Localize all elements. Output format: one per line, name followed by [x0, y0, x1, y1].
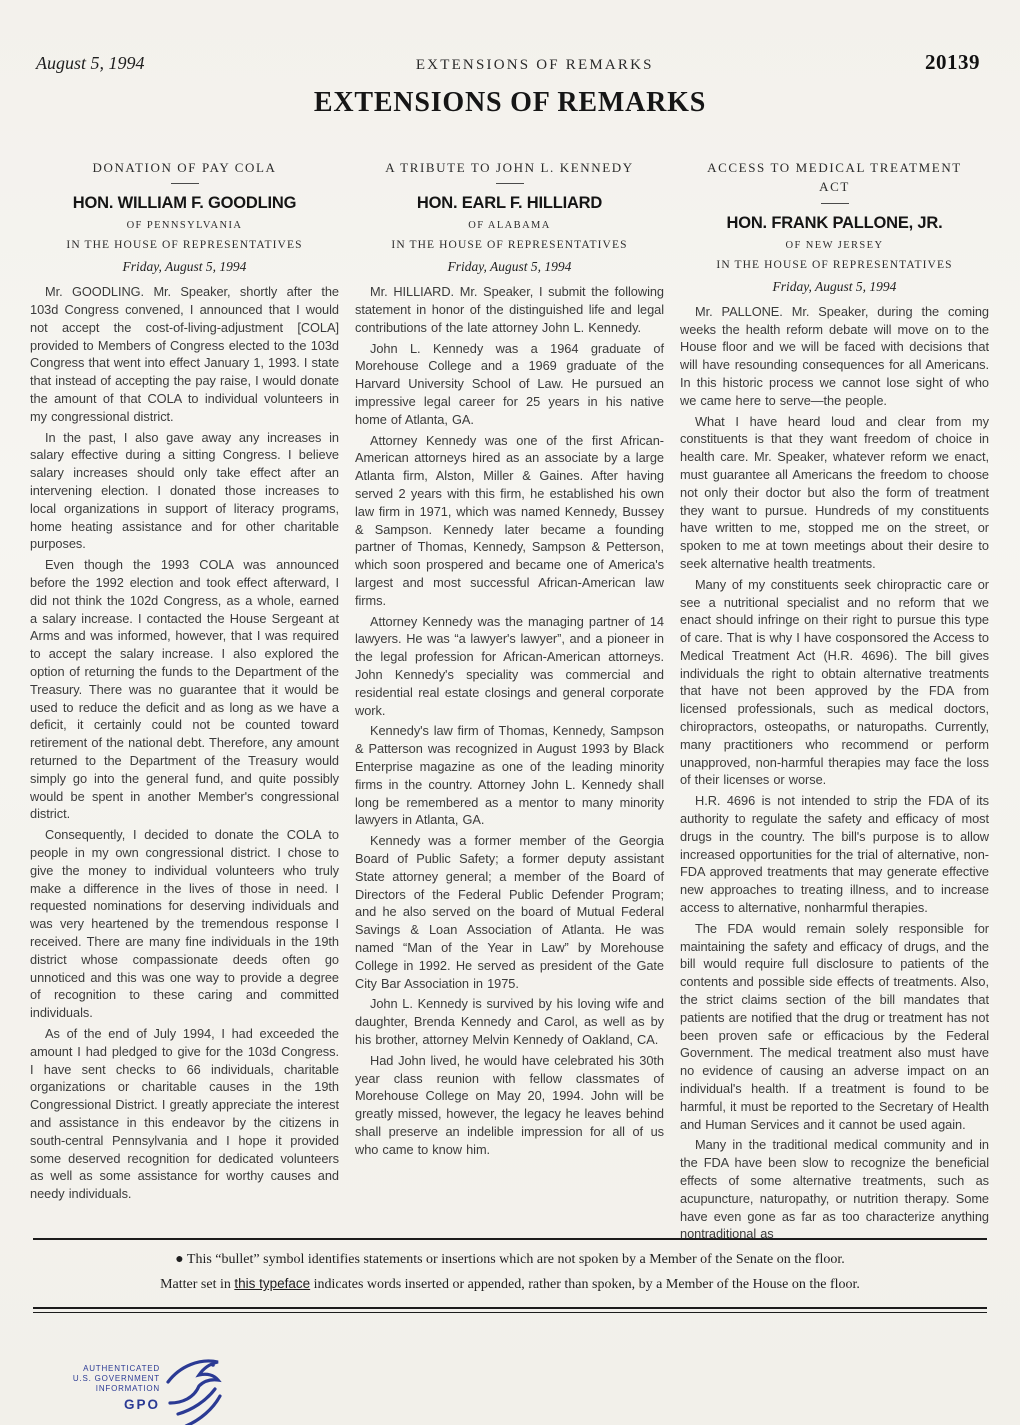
paragraph: Many of my constituents seek chiropracti…	[680, 576, 989, 790]
paragraph: As of the end of July 1994, I had exceed…	[30, 1025, 339, 1203]
paragraph: Consequently, I decided to donate the CO…	[30, 826, 339, 1022]
section-title-line: A TRIBUTE TO JOHN L. KENNEDY	[355, 158, 664, 178]
gpo-line1: AUTHENTICATED	[58, 1364, 160, 1374]
speech-column-hilliard: A TRIBUTE TO JOHN L. KENNEDY HON. EARL F…	[355, 158, 664, 1243]
speech-date: Friday, August 5, 1994	[30, 259, 339, 275]
member-state: OF NEW JERSEY	[680, 240, 989, 251]
member-state: OF PENNSYLVANIA	[30, 220, 339, 231]
paragraph: Had John lived, he would have celebrated…	[355, 1052, 664, 1159]
paragraph: Attorney Kennedy was one of the first Af…	[355, 432, 664, 610]
member-name: HON. WILLIAM F. GOODLING	[30, 194, 339, 213]
section-title: A TRIBUTE TO JOHN L. KENNEDY	[355, 158, 664, 178]
section-title: DONATION OF PAY COLA	[30, 158, 339, 178]
section-title-line: DONATION OF PAY COLA	[30, 158, 339, 178]
section-title-line: ACT	[680, 177, 989, 197]
paragraph: John L. Kennedy was a 1964 graduate of M…	[355, 340, 664, 429]
gpo-label: GPO	[58, 1397, 160, 1412]
title-rule	[496, 183, 524, 184]
section-title-line: ACCESS TO MEDICAL TREATMENT	[680, 158, 989, 178]
paragraph: Mr. GOODLING. Mr. Speaker, shortly after…	[30, 283, 339, 425]
typeface-note-prefix: Matter set in	[160, 1277, 234, 1292]
paragraph: Attorney Kennedy was the managing partne…	[355, 613, 664, 720]
member-name: HON. EARL F. HILLIARD	[355, 194, 664, 213]
gpo-authentication-logo: AUTHENTICATED U.S. GOVERNMENT INFORMATIO…	[58, 1352, 228, 1425]
member-name: HON. FRANK PALLONE, JR.	[680, 214, 989, 233]
speech-body: Mr. HILLIARD. Mr. Speaker, I submit the …	[355, 283, 664, 1158]
speech-date: Friday, August 5, 1994	[355, 259, 664, 275]
title-rule	[171, 183, 199, 184]
paragraph: Many in the traditional medical communit…	[680, 1136, 989, 1242]
chamber-line: IN THE HOUSE OF REPRESENTATIVES	[680, 259, 989, 271]
congressional-record-page: August 5, 1994 EXTENSIONS OF REMARKS 201…	[0, 0, 1020, 1425]
chamber-line: IN THE HOUSE OF REPRESENTATIVES	[30, 239, 339, 251]
paragraph: Mr. PALLONE. Mr. Speaker, during the com…	[680, 303, 989, 410]
typeface-label: this typeface	[234, 1276, 310, 1291]
paragraph: H.R. 4696 is not intended to strip the F…	[680, 792, 989, 917]
chamber-line: IN THE HOUSE OF REPRESENTATIVES	[355, 239, 664, 251]
paragraph: John L. Kennedy is survived by his lovin…	[355, 995, 664, 1048]
paragraph: The FDA would remain solely responsible …	[680, 920, 989, 1134]
paragraph: Mr. HILLIARD. Mr. Speaker, I submit the …	[355, 283, 664, 336]
running-header: August 5, 1994 EXTENSIONS OF REMARKS 201…	[0, 0, 1020, 75]
header-page-number: 20139	[925, 50, 980, 75]
paragraph: Even though the 1993 COLA was announced …	[30, 556, 339, 823]
header-date: August 5, 1994	[36, 53, 145, 74]
gpo-eagle-icon	[162, 1352, 226, 1425]
member-state: OF ALABAMA	[355, 220, 664, 231]
footnote-lines: ● This “bullet” symbol identifies statem…	[33, 1240, 987, 1307]
paragraph: Kennedy's law firm of Thomas, Kennedy, S…	[355, 722, 664, 829]
speech-date: Friday, August 5, 1994	[680, 279, 989, 295]
title-rule	[821, 203, 849, 204]
page-title: EXTENSIONS OF REMARKS	[0, 87, 1020, 119]
typeface-note: Matter set in this typeface indicates wo…	[33, 1272, 987, 1297]
gpo-line3: INFORMATION	[58, 1384, 160, 1394]
section-title: ACCESS TO MEDICAL TREATMENTACT	[680, 158, 989, 197]
gpo-line2: U.S. GOVERNMENT	[58, 1374, 160, 1384]
header-title: EXTENSIONS OF REMARKS	[416, 57, 654, 74]
typeface-note-suffix: indicates words inserted or appended, ra…	[310, 1277, 860, 1292]
gpo-text: AUTHENTICATED U.S. GOVERNMENT INFORMATIO…	[58, 1352, 160, 1412]
speech-column-goodling: DONATION OF PAY COLA HON. WILLIAM F. GOO…	[30, 158, 339, 1243]
bullet-note: ● This “bullet” symbol identifies statem…	[33, 1248, 987, 1272]
footnote-block: ● This “bullet” symbol identifies statem…	[33, 1238, 987, 1313]
speech-body: Mr. PALLONE. Mr. Speaker, during the com…	[680, 303, 989, 1243]
column-layout: DONATION OF PAY COLA HON. WILLIAM F. GOO…	[0, 138, 1020, 1243]
paragraph: What I have heard loud and clear from my…	[680, 413, 989, 573]
footnote-rule-bottom	[33, 1307, 987, 1313]
speech-body: Mr. GOODLING. Mr. Speaker, shortly after…	[30, 283, 339, 1203]
paragraph: Kennedy was a former member of the Georg…	[355, 832, 664, 992]
paragraph: In the past, I also gave away any increa…	[30, 429, 339, 554]
speech-column-pallone: ACCESS TO MEDICAL TREATMENTACT HON. FRAN…	[680, 158, 989, 1243]
